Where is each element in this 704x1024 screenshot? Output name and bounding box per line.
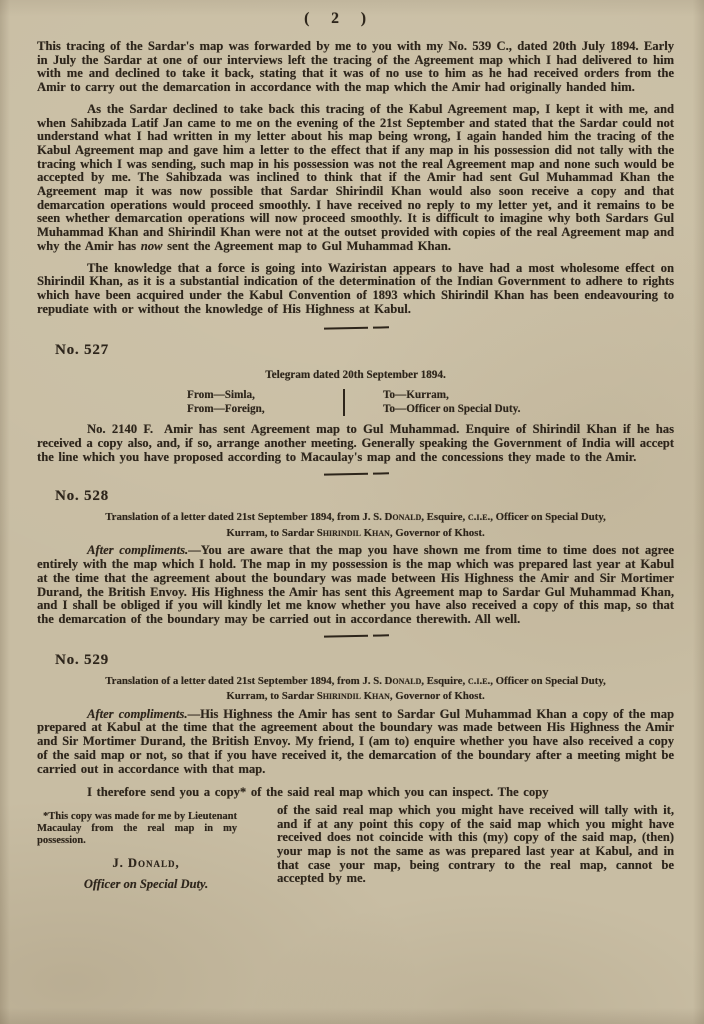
paragraph-segment-italic: now — [141, 239, 163, 253]
telegram-to-line: To—Kurram, — [383, 389, 520, 403]
signature-name: J. Donald, — [37, 856, 255, 870]
section-divider — [320, 326, 390, 331]
footnote-signature-block: *This copy was made for me by Lieutenant… — [37, 804, 277, 891]
heading-name: Donald — [385, 511, 422, 523]
letter-heading-529: Translation of a letter dated 21st Septe… — [37, 674, 674, 705]
intro-paragraph-3: The knowledge that a force is going into… — [37, 262, 674, 317]
telegram-from-line: From—Foreign, — [187, 403, 343, 417]
heading-segment: , Governor of Khost. — [390, 527, 485, 539]
divider-dash-short — [372, 326, 388, 329]
section-number-527: No. 527 — [55, 342, 674, 359]
heading-segment: , Esquire, — [421, 511, 468, 523]
section-divider — [320, 633, 390, 638]
footnote: *This copy was made for me by Lieutenant… — [37, 811, 237, 847]
telegram-from-to-block: From—Simla, From—Foreign, To—Kurram, To—… — [187, 389, 674, 416]
heading-honour: c.i.e. — [468, 511, 490, 523]
letter-salutation: After compliments. — [87, 543, 188, 557]
closing-first-line: I therefore send you a copy* of the said… — [37, 786, 674, 800]
divider-dash-long — [323, 634, 367, 638]
section-divider — [320, 472, 390, 477]
divider-dash-long — [323, 473, 367, 477]
telegram-to-line: To—Officer on Special Duty. — [383, 403, 520, 417]
closing-columns: *This copy was made for me by Lieutenant… — [37, 804, 674, 891]
telegram-from-column: From—Simla, From—Foreign, — [187, 389, 343, 416]
heading-segment: , Officer on Special Duty, — [490, 511, 606, 523]
heading-name: Donald — [385, 675, 422, 687]
intro-paragraph-2: As the Sardar declined to take back this… — [37, 103, 674, 254]
letter-body-528: After compliments.—You are aware that th… — [37, 544, 674, 626]
divider-dash-short — [372, 634, 388, 637]
divider-dash-short — [372, 472, 388, 475]
letter-salutation: After compliments. — [87, 707, 188, 721]
heading-segment: Translation of a letter dated 21st Septe… — [105, 675, 384, 687]
heading-segment: , Governor of Khost. — [390, 690, 485, 702]
paragraph-segment: As the Sardar declined to take back this… — [37, 102, 674, 253]
heading-segment: , Officer on Special Duty, — [490, 675, 606, 687]
page-number: ( 2 ) — [21, 10, 658, 28]
document-page: ( 2 ) This tracing of the Sardar's map w… — [0, 0, 704, 1024]
intro-paragraph-1: This tracing of the Sardar's map was for… — [37, 40, 674, 95]
closing-continued-text: of the said real map which you might hav… — [277, 804, 674, 891]
telegram-body: No. 2140 F.Amir has sent Agreement map t… — [37, 423, 674, 464]
column-divider-bar — [343, 389, 345, 416]
signature-title: Officer on Special Duty. — [37, 877, 255, 891]
section-number-529: No. 529 — [55, 652, 674, 669]
section-number-528: No. 528 — [55, 488, 674, 505]
heading-segment: , Esquire, — [421, 675, 468, 687]
telegram-from-line: From—Simla, — [187, 389, 343, 403]
divider-dash-long — [323, 327, 367, 331]
paragraph-segment: sent the Agreement map to Gul Muhammad K… — [162, 239, 450, 253]
heading-name: Shirindil Khan — [317, 527, 390, 539]
heading-honour: c.i.e. — [468, 675, 490, 687]
heading-name: Shirindil Khan — [317, 690, 390, 702]
telegram-number-lead: No. 2140 F. — [87, 422, 164, 436]
heading-segment: Kurram, to Sardar — [226, 527, 316, 539]
heading-segment: Kurram, to Sardar — [226, 690, 316, 702]
heading-segment: Translation of a letter dated 21st Septe… — [105, 511, 384, 523]
letter-body-529: After compliments.—His Highness the Amir… — [37, 708, 674, 777]
telegram-title: Telegram dated 20th September 1894. — [37, 369, 674, 382]
telegram-to-column: To—Kurram, To—Officer on Special Duty. — [383, 389, 520, 416]
signature-block: J. Donald, Officer on Special Duty. — [37, 856, 255, 891]
letter-heading-528: Translation of a letter dated 21st Septe… — [37, 510, 674, 541]
